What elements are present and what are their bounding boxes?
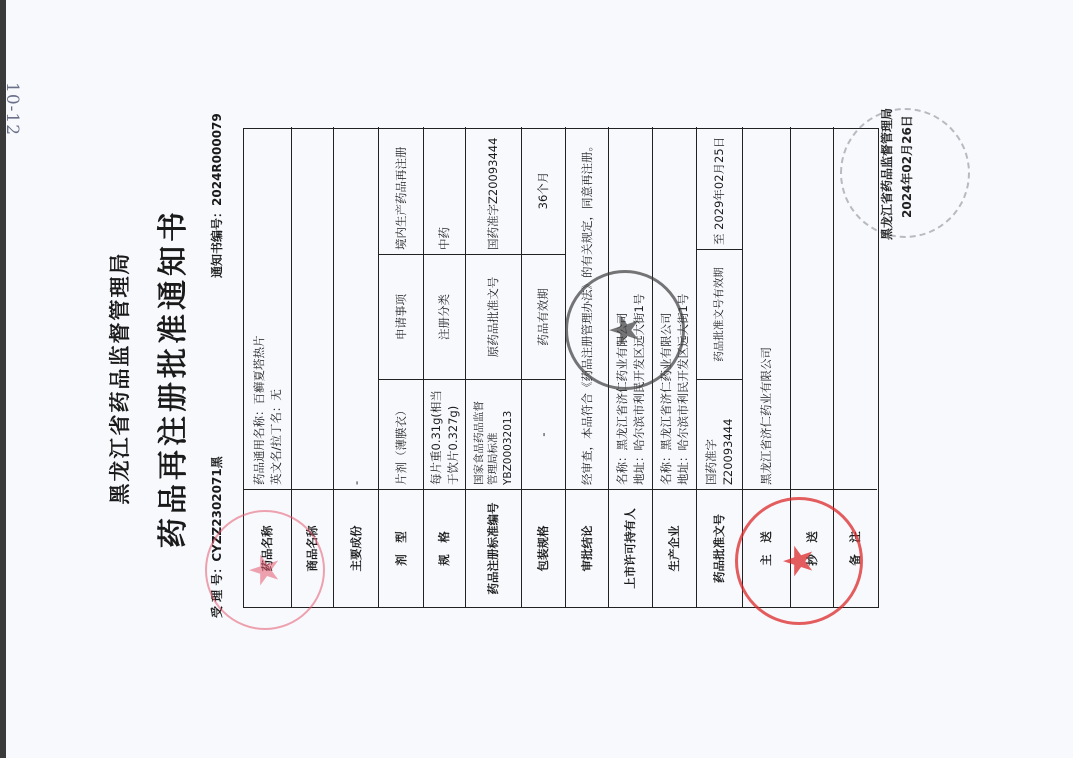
value-original-approval-number: 国药准字Z20093444 — [466, 127, 522, 254]
acceptance-number-label: 受 理 号： — [210, 562, 224, 618]
value-marketing-authorization-holder: 名称：黑龙江省济仁药业有限公司 地址：哈尔滨市利民开发区远大街1号 — [609, 127, 653, 489]
value-main-ingredients: - — [334, 127, 379, 489]
standard-line-2: 管理局标准 — [486, 433, 500, 486]
document-title: 药品再注册批准通知书 — [148, 138, 192, 618]
label-registration-class: 注册分类 — [424, 254, 466, 379]
latin-name: 无 — [269, 389, 283, 401]
value-registration-class: 中药 — [424, 127, 466, 254]
label-manufacturer: 生产企业 — [653, 489, 697, 607]
mah-address-label: 地址： — [632, 451, 646, 486]
spec-line-1: 每片重0.31g(相当 — [428, 390, 445, 485]
label-shelf-life: 药品有效期 — [522, 254, 566, 379]
notice-number: 通知书编号：2024R000079 — [208, 113, 225, 278]
generic-name-label: 药品通用名称： — [252, 405, 266, 486]
agency-title: 黑龙江省药品监督管理局 — [104, 178, 134, 578]
notice-number-value: 2024R000079 — [210, 113, 224, 206]
manufacturer-name-line: 名称：黑龙江省济仁药业有限公司 — [658, 313, 675, 486]
value-drug-name: 药品通用名称：百癣夏塔热片 英文名/拉丁名：无 — [244, 127, 292, 489]
value-dosage-form: 片剂（薄膜衣） — [379, 379, 424, 489]
label-specification: 规 格 — [424, 489, 466, 607]
label-approval-number: 药品批准文号 — [697, 489, 743, 607]
value-trade-name — [292, 127, 334, 489]
label-trade-name: 商品名称 — [292, 489, 334, 607]
label-original-approval-number: 原药品批准文号 — [466, 254, 522, 379]
label-packaging: 包装规格 — [522, 489, 566, 607]
approval-table: 药品名称 药品通用名称：百癣夏塔热片 英文名/拉丁名：无 商品名称 主要成份 -… — [243, 128, 879, 608]
value-standard-number: 国家食品药品监督 管理局标准 YBZ00032013 — [466, 379, 522, 489]
value-shelf-life: 36个月 — [522, 127, 566, 254]
label-marketing-authorization-holder: 上市许可持有人 — [609, 489, 653, 607]
manufacturer-address-label: 地址： — [676, 451, 690, 486]
manufacturer-name: 黑龙江省济仁药业有限公司 — [659, 313, 673, 451]
value-send-to: 黑龙江省济仁药业有限公司 — [743, 127, 791, 489]
label-application-item: 申请事项 — [379, 254, 424, 379]
label-cc: 抄 送 — [791, 489, 834, 607]
latin-name-line: 英文名/拉丁名：无 — [268, 389, 285, 485]
mah-name-label: 名称： — [615, 451, 629, 486]
value-remarks — [834, 127, 877, 489]
mah-name: 黑龙江省济仁药业有限公司 — [615, 313, 629, 451]
label-main-ingredients: 主要成份 — [334, 489, 379, 607]
value-approval-validity: 至 2029年02月25日 — [697, 127, 743, 249]
value-manufacturer: 名称：黑龙江省济仁药业有限公司 地址：哈尔滨市利民开发区远大街1号 — [653, 127, 697, 489]
label-dosage-form: 剂 型 — [379, 489, 424, 607]
value-cc — [791, 127, 834, 489]
standard-line-1: 国家食品药品监督 — [472, 401, 486, 485]
label-approval-validity: 药品批准文号有效期 — [697, 249, 743, 379]
latin-name-label: 英文名/拉丁名： — [269, 401, 283, 485]
issuer-date-text: 2024年02月26日 — [898, 115, 915, 218]
label-send-to: 主 送 — [743, 489, 791, 607]
value-specification: 每片重0.31g(相当 于饮片0.327g) — [424, 379, 466, 489]
label-standard-number: 药品注册标准编号 — [466, 489, 522, 607]
value-conclusion: 经审查，本品符合《药品注册管理办法》的有关规定，同意再注册。 — [566, 127, 609, 489]
value-packaging: - — [522, 379, 566, 489]
mah-address: 哈尔滨市利民开发区远大街1号 — [632, 294, 646, 451]
rotated-document-page: 黑龙江省药品监督管理局 药品再注册批准通知书 受 理 号：CYZZ2302071… — [0, 0, 1073, 758]
manufacturer-address: 哈尔滨市利民开发区远大街1号 — [676, 294, 690, 451]
manufacturer-address-line: 地址：哈尔滨市利民开发区远大街1号 — [675, 294, 692, 485]
generic-name-line: 药品通用名称：百癣夏塔热片 — [251, 336, 268, 486]
manufacturer-name-label: 名称： — [659, 451, 673, 486]
acceptance-number-value: CYZZ2302071黑 — [210, 456, 224, 561]
standard-line-3: YBZ00032013 — [501, 411, 515, 485]
mah-address-line: 地址：哈尔滨市利民开发区远大街1号 — [631, 294, 648, 485]
spec-line-2: 于饮片0.327g) — [445, 406, 462, 485]
label-drug-name: 药品名称 — [244, 489, 292, 607]
label-conclusion: 审批结论 — [566, 489, 609, 607]
mah-name-line: 名称：黑龙江省济仁药业有限公司 — [614, 313, 631, 486]
notice-number-label: 通知书编号： — [210, 206, 224, 278]
issuer-name-text: 黑龙江省药品监督管理局 — [878, 108, 895, 240]
acceptance-number: 受 理 号：CYZZ2302071黑 — [208, 456, 225, 618]
value-application-item: 境内生产药品再注册 — [379, 127, 424, 254]
label-remarks: 备 注 — [834, 489, 877, 607]
value-approval-number: 国药准字Z20093444 — [697, 379, 743, 489]
generic-name: 百癣夏塔热片 — [252, 336, 266, 405]
